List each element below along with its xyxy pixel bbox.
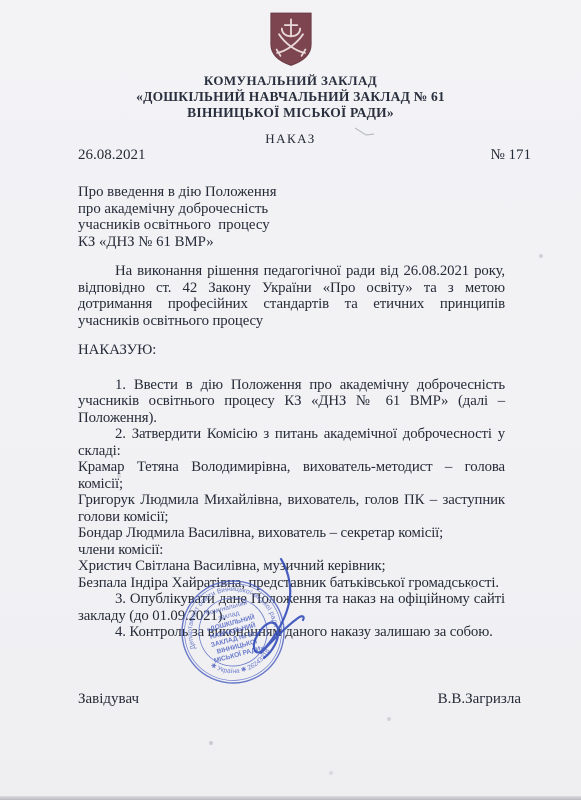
commission-member: Крамар Тетяна Володимирівна, вихователь-… xyxy=(78,459,505,492)
commission-member: Бондар Людмила Василівна, вихователь – с… xyxy=(78,525,505,542)
signer-name: В.В.Загризла xyxy=(438,691,521,708)
scanned-order-document: КОМУНАЛЬНИЙ ЗАКЛАД «ДОШКІЛЬНИЙ НАВЧАЛЬНИ… xyxy=(0,0,581,800)
doc-type-title: НАКАЗ xyxy=(0,131,581,147)
handwritten-signature xyxy=(200,548,360,678)
subject-line: учасників освітнього процесу xyxy=(78,217,505,234)
command-word: НАКАЗУЮ: xyxy=(78,342,505,359)
subject-line: Про введення в дію Положення xyxy=(78,184,505,201)
order-preamble: На виконання рішення педагогічної ради в… xyxy=(78,263,505,329)
subject-line: КЗ «ДНЗ № 61 ВМР» xyxy=(78,234,505,251)
order-item-2: 2. Затвердити Комісію з питань академічн… xyxy=(78,426,505,459)
org-name-line1: «ДОШКІЛЬНИЙ НАВЧАЛЬНИЙ ЗАКЛАД № 61 xyxy=(0,89,581,105)
commission-member: Григорук Людмила Михайлівна, вихователь,… xyxy=(78,492,505,525)
order-subject: Про введення в дію Положення про академі… xyxy=(78,184,505,250)
order-item-1: 1. Ввести в дію Положення про академічну… xyxy=(78,377,505,427)
signer-position: Завідувач xyxy=(78,691,139,708)
subject-line: про академічну доброчесність xyxy=(78,201,505,218)
order-date: 26.08.2021 xyxy=(78,147,146,164)
scan-edge-shadow xyxy=(0,796,581,800)
scan-speckles xyxy=(0,0,2,2)
org-name-line2: ВІННИЦЬКОЇ МІСЬКОЇ РАДИ» xyxy=(0,105,581,121)
vinnytsia-coat-of-arms-icon xyxy=(268,11,314,68)
scan-artifact-mark xyxy=(352,124,378,142)
date-number-row: 26.08.2021 № 171 xyxy=(0,147,581,164)
org-type-label: КОМУНАЛЬНИЙ ЗАКЛАД xyxy=(0,72,581,89)
order-number: № 171 xyxy=(490,147,531,164)
